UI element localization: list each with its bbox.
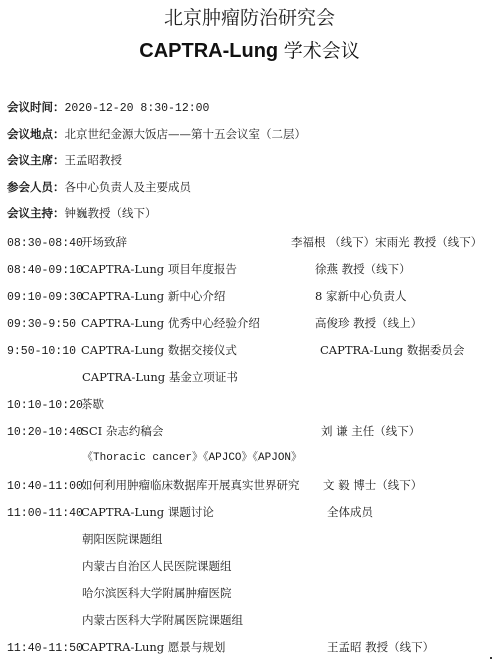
info-attendees: 参会人员：各中心负责人及主要成员 [7, 180, 191, 194]
schedule-row: 9:50-10:10CAPTRA-Lung 数据交接仪式 [7, 343, 237, 359]
document-subtitle: CAPTRA-Lung 学术会议 [0, 36, 499, 63]
schedule-row: 11:00-11:40CAPTRA-Lung 课题讨论 [7, 505, 214, 521]
schedule-subitem: 内蒙古医科大学附属医院课题组 [82, 613, 243, 627]
schedule-speaker: 刘 谦 主任（线下） [321, 424, 420, 438]
schedule-row: 10:40-11:00如何利用肿瘤临床数据库开展真实世界研究 [7, 478, 300, 494]
info-host: 会议主持：钟巍教授（线下） [7, 206, 157, 220]
document-title: 北京肿瘤防治研究会 [0, 3, 499, 30]
schedule-row: 09:30-9:50CAPTRA-Lung 优秀中心经验介绍 [7, 316, 260, 332]
schedule-speaker: 文 毅 博士（线下） [323, 478, 422, 492]
schedule-row: 08:30-08:40开场致辞 [7, 235, 127, 251]
stray-dot [490, 657, 492, 659]
info-chair: 会议主席：王孟昭教授 [7, 153, 122, 167]
schedule-subitem: 《Thoracic cancer》《APJCO》《APJON》 [82, 451, 302, 465]
schedule-subitem: 哈尔滨医科大学附属肿瘤医院 [82, 586, 232, 600]
schedule-speaker: 李福根 （线下）宋雨光 教授（线下） [291, 235, 482, 249]
subtitle-chinese: 学术会议 [284, 40, 360, 62]
schedule-row: 10:20-10:40SCI 杂志约稿会 [7, 424, 163, 440]
schedule-speaker: CAPTRA-Lung 数据委员会 [320, 343, 464, 357]
schedule-row: 11:40-11:50CAPTRA-Lung 愿景与规划 [7, 640, 225, 656]
schedule-speaker: 王孟昭 教授（线下） [327, 640, 434, 654]
schedule-row: 09:10-09:30CAPTRA-Lung 新中心介绍 [7, 289, 225, 305]
schedule-row: 08:40-09:10CAPTRA-Lung 项目年度报告 [7, 262, 237, 278]
schedule-subitem: 内蒙古自治区人民医院课题组 [82, 559, 232, 573]
schedule-speaker: 徐燕 教授（线下） [315, 262, 411, 276]
schedule-subitem: 朝阳医院课题组 [82, 532, 163, 546]
schedule-speaker: 高俊珍 教授（线上） [315, 316, 422, 330]
subtitle-english: CAPTRA-Lung [139, 40, 278, 62]
schedule-speaker: 8 家新中心负责人 [315, 289, 406, 303]
schedule-subitem: CAPTRA-Lung 基金立项证书 [82, 370, 238, 384]
info-time: 会议时间：2020-12-20 8:30-12:00 [7, 100, 209, 116]
schedule-row: 10:10-10:20茶歇 [7, 397, 104, 413]
info-location: 会议地点：北京世纪金源大饭店——第十五会议室（二层） [7, 127, 306, 141]
schedule-speaker: 全体成员 [327, 505, 373, 519]
